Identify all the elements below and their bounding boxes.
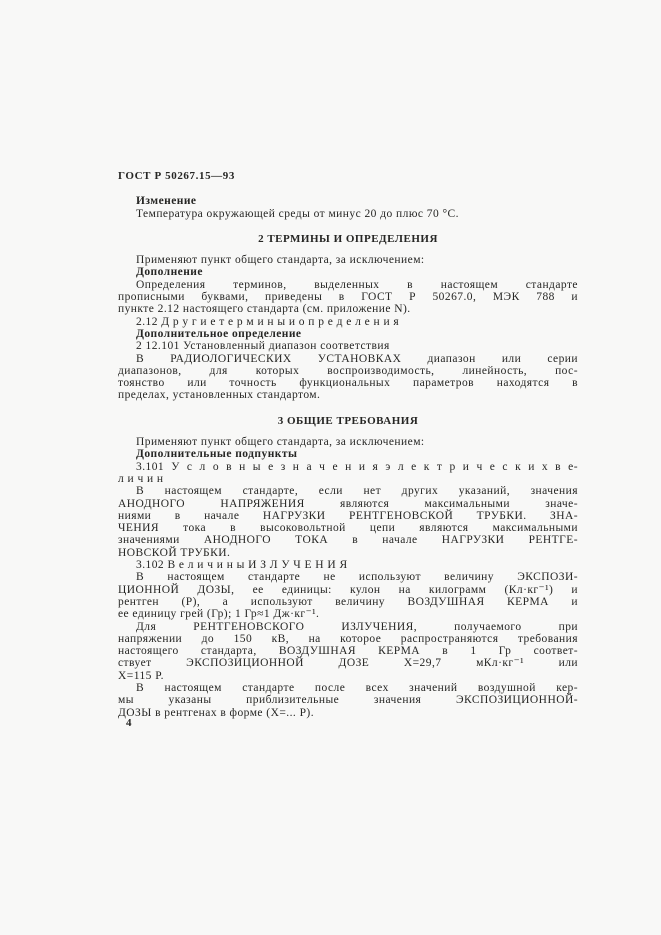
text-line: НОВСКОЙ ТРУБКИ. [118,547,578,559]
bold-label: Изменение [118,195,578,207]
section-heading: 2 ТЕРМИНЫ И ОПРЕДЕЛЕНИЯ [118,233,578,245]
text-line: рентген (Р), а используют величину ВОЗДУ… [118,596,578,608]
bold-label: Дополнение [118,266,578,278]
text-line: 2.12 Д р у г и е т е р м и н ы и о п р е… [118,316,578,328]
document-page: ГОСТ Р 50267.15—93 ИзменениеТемпература … [0,0,661,935]
running-head: ГОСТ Р 50267.15—93 [118,170,578,182]
paragraph: Температура окружающей среды от минус 20… [118,208,578,220]
document-body: ИзменениеТемпература окружающей среды от… [118,195,578,719]
text-line: В настоящем стандарте, если нет других у… [118,485,578,497]
paragraph: 2.12 Д р у г и е т е р м и н ы и о п р е… [118,316,578,328]
text-line: Применяют пункт общего стандарта, за иск… [118,254,578,266]
text-line: настоящего стандарта, ВОЗДУШНАЯ КЕРМА в … [118,645,578,657]
text-line: ее единицу грей (Гр); 1 Гр≈1 Дж·кг⁻¹. [118,608,578,620]
text-line: В настоящем стандарте после всех значени… [118,682,578,694]
page-number: 4 [126,717,132,729]
text-line: ствует ЭКСПОЗИЦИОННОЙ ДОЗЕ X=29,7 мКл·кг… [118,657,578,669]
section-heading: 3 ОБЩИЕ ТРЕБОВАНИЯ [118,415,578,427]
paragraph: В настоящем стандарте, если нет других у… [118,485,578,559]
text-line: диапазонов, для которых воспроизводимост… [118,365,578,377]
text-line: ниями в начале НАГРУЗКИ РЕНТГЕНОВСКОЙ ТР… [118,510,578,522]
text-line: Для РЕНТГЕНОВСКОГО ИЗЛУЧЕНИЯ, получаемог… [118,621,578,633]
paragraph: В настоящем стандарте не используют вели… [118,571,578,620]
paragraph: Для РЕНТГЕНОВСКОГО ИЗЛУЧЕНИЯ, получаемог… [118,621,578,682]
text-line: В РАДИОЛОГИЧЕСКИХ УСТАНОВКАХ диапазон ил… [118,353,578,365]
text-line: тоянство или точность функциональных пар… [118,377,578,389]
text-line: Применяют пункт общего стандарта, за иск… [118,436,578,448]
text-line: АНОДНОГО НАПРЯЖЕНИЯ являются максимальны… [118,498,578,510]
paragraph: В настоящем стандарте после всех значени… [118,682,578,719]
text-block: ГОСТ Р 50267.15—93 ИзменениеТемпература … [118,170,578,719]
text-line: мы указаны приблизительные значения ЭКСП… [118,694,578,706]
text-line: Определения терминов, выделенных в насто… [118,279,578,291]
paragraph: 3.102 В е л и ч и н ы И З Л У Ч Е Н И Я [118,559,578,571]
text-line: ДОЗЫ в рентгенах в форме (X=... Р). [118,707,578,719]
bold-label: Дополнительное определение [118,328,578,340]
paragraph: В РАДИОЛОГИЧЕСКИХ УСТАНОВКАХ диапазон ил… [118,353,578,402]
text-line: 3.101 У с л о в н ы е з н а ч е н и я э … [118,461,578,473]
paragraph: 2 12.101 Установленный диапазон соответс… [118,340,578,352]
text-line: В настоящем стандарте не используют вели… [118,571,578,583]
text-line: л и ч и н [118,473,578,485]
text-line: напряжении до 150 кВ, на которое распрос… [118,633,578,645]
text-line: пункте 2.12 настоящего стандарта (см. пр… [118,303,578,315]
text-line: прописными буквами, приведены в ГОСТ Р 5… [118,291,578,303]
bold-label: Дополнительные подпункты [118,448,578,460]
text-line: значениями АНОДНОГО ТОКА в начале НАГРУЗ… [118,534,578,546]
paragraph: Применяют пункт общего стандарта, за иск… [118,254,578,266]
text-line: 2 12.101 Установленный диапазон соответс… [118,340,578,352]
text-line: ЦИОННОЙ ДОЗЫ, ее единицы: кулон на килог… [118,584,578,596]
paragraph: Определения терминов, выделенных в насто… [118,279,578,316]
text-line: 3.102 В е л и ч и н ы И З Л У Ч Е Н И Я [118,559,578,571]
text-line: X=115 Р. [118,670,578,682]
text-line: Температура окружающей среды от минус 20… [118,208,578,220]
text-line: пределах, установленных стандартом. [118,389,578,401]
paragraph: Применяют пункт общего стандарта, за иск… [118,436,578,448]
text-line: ЧЕНИЯ тока в высоковольтной цепи являютс… [118,522,578,534]
paragraph: 3.101 У с л о в н ы е з н а ч е н и я э … [118,461,578,486]
